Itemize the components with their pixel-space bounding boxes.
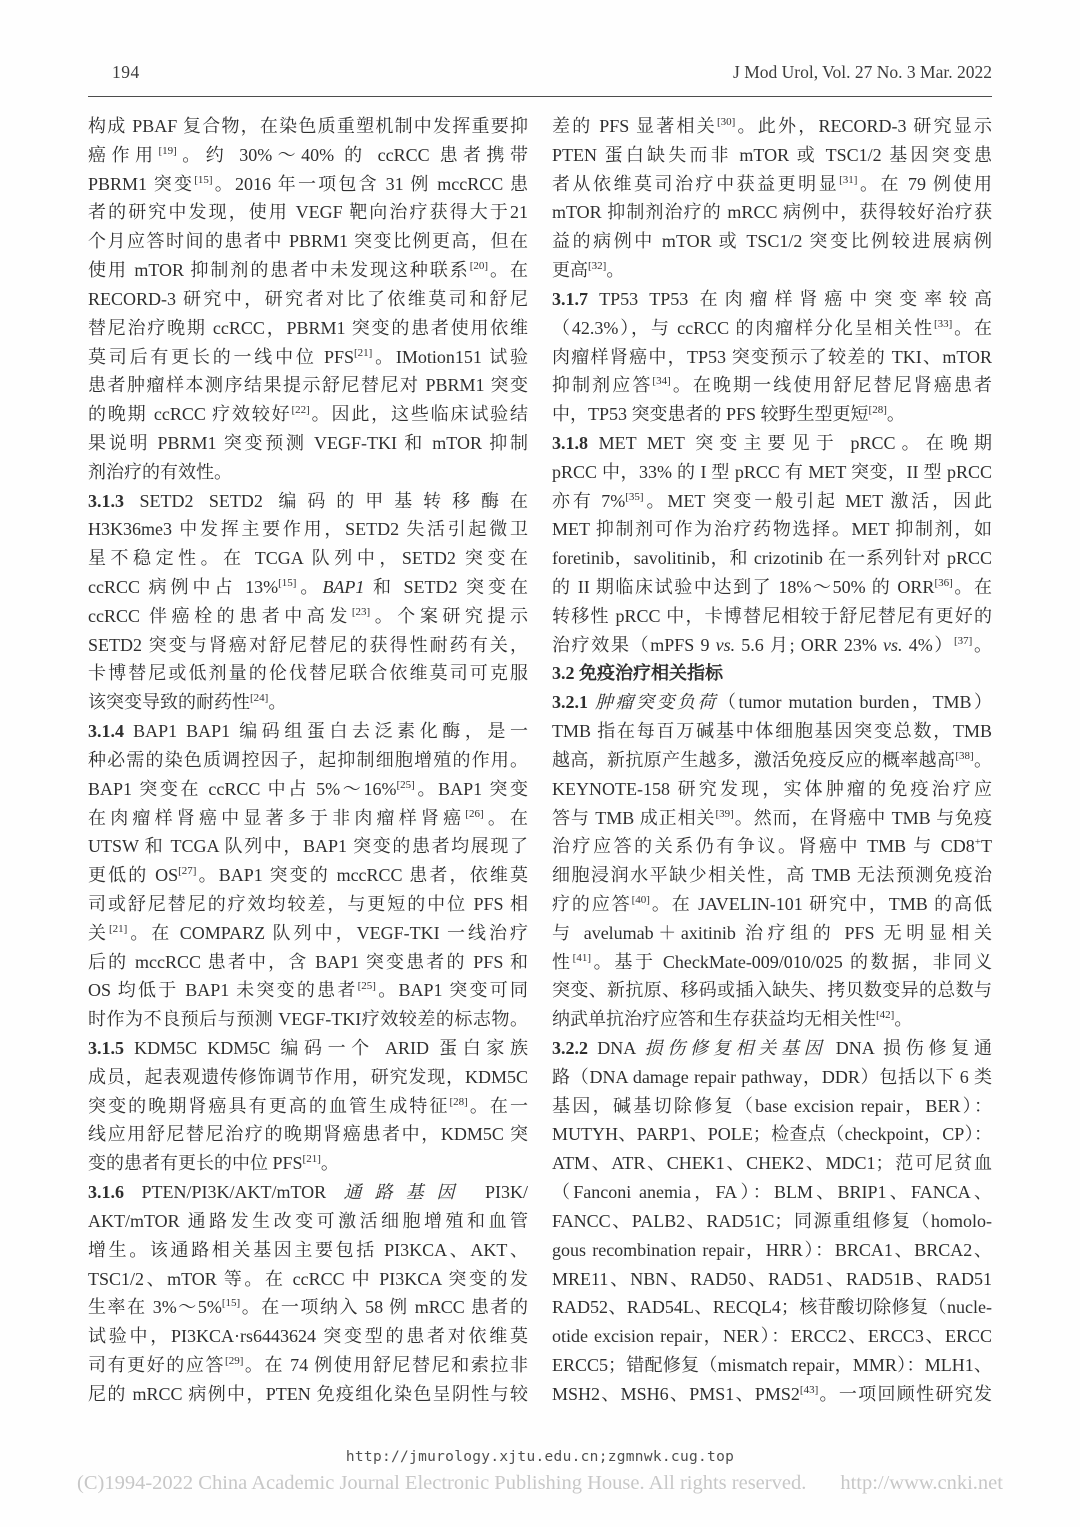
text-line: 转移性 pRCC 中，卡博替尼相较于舒尼替尼有更好的 bbox=[552, 602, 992, 631]
citation-ref: [32] bbox=[588, 260, 606, 272]
cnki-url: http://www.cnki.net bbox=[840, 1472, 1003, 1495]
text-line: 增生。该通路相关基因主要包括 PI3KCA、AKT、 bbox=[88, 1236, 528, 1265]
text-line: 该突变导致的耐药性[24]。 bbox=[88, 688, 528, 717]
text-line: 替尼治疗晚期 ccRCC，PBRM1 突变的患者使用依维 bbox=[88, 314, 528, 343]
text-line: 亦有 7%[35]。MET 突变一般引起 MET 激活，因此 bbox=[552, 487, 992, 516]
text-line: mTOR 抑制剂治疗的 mRCC 病例中，获得较好治疗获 bbox=[552, 198, 992, 227]
journal-scan-page: 194 J Mod Urol, Vol. 27 No. 3 Mar. 2022 … bbox=[0, 0, 1080, 1527]
text-line: 3.1.7 TP53 TP53 在肉瘤样肾癌中突变率较高 bbox=[552, 285, 992, 314]
text-line: KEYNOTE-158 研究发现，实体肿瘤的免疫治疗应 bbox=[552, 775, 992, 804]
citation-ref: + bbox=[975, 836, 981, 848]
bold-text: 3.2.1 bbox=[552, 692, 588, 712]
text-line: 路（DNA damage repair pathway，DDR）包括以下 6 类 bbox=[552, 1063, 992, 1092]
text-line: （Fanconi anemia，FA）：BLM、BRIP1、FANCA、 bbox=[552, 1178, 992, 1207]
citation-ref: [31] bbox=[839, 174, 857, 186]
text-line: 剂治疗的有效性。 bbox=[88, 458, 528, 487]
citation-ref: [21] bbox=[303, 1153, 321, 1165]
journal-url: http://jmurology.xjtu.edu.cn;zgmnwk.cug.… bbox=[0, 1449, 1080, 1465]
text-line: TSC1/2、mTOR 等。在 ccRCC 中 PI3KCA 突变的发 bbox=[88, 1265, 528, 1294]
page-number: 194 bbox=[88, 62, 140, 83]
text-line: 果说明 PBRM1 突变预测 VEGF-TKI 和 mTOR 抑制 bbox=[88, 429, 528, 458]
citation-ref: [20] bbox=[470, 260, 488, 272]
kai-heading-text: 通路基因 bbox=[344, 1182, 468, 1202]
text-line: pRCC 中，33% 的 I 型 pRCC 有 MET 突变，II 型 pRCC bbox=[552, 458, 992, 487]
bold-text: 3.2.2 bbox=[552, 1038, 588, 1058]
text-line: foretinib，savolitinib，和 crizotinib 在一系列针… bbox=[552, 544, 992, 573]
citation-ref: [39] bbox=[716, 808, 734, 820]
italic-text: vs. bbox=[716, 635, 736, 655]
text-line: 在肉瘤样肾癌中显著多于非肉瘤样肾癌[26]。在 bbox=[88, 804, 528, 833]
text-line: 3.2.2 DNA 损伤修复相关基因 DNA 损伤修复通 bbox=[552, 1034, 992, 1063]
citation-ref: [19] bbox=[158, 145, 176, 157]
citation-ref: [28] bbox=[869, 404, 887, 416]
text-line: RECORD-3 研究中，研究者对比了依维莫司和舒尼 bbox=[88, 285, 528, 314]
bold-text: 3.1.3 bbox=[88, 491, 124, 511]
citation-ref: [29] bbox=[225, 1355, 243, 1367]
text-line: 癌作用[19]。约 30%～40% 的 ccRCC 患者携带 bbox=[88, 141, 528, 170]
text-line: 时作为不良预后与预测 VEGF-TKI疗效较差的标志物。 bbox=[88, 1005, 528, 1034]
text-line: 3.1.3 SETD2 SETD2 编码的甲基转移酶在 bbox=[88, 487, 528, 516]
text-line: 莫司后有更长的一线中位 PFS[21]。IMotion151 试验 bbox=[88, 343, 528, 372]
text-line: 的晚期 ccRCC 疗效较好[22]。因此，这些临床试验结 bbox=[88, 400, 528, 429]
text-line: MUTYH、PARP1、POLE；检查点（checkpoint，CP）： bbox=[552, 1120, 992, 1149]
text-line: 生率在 3%～5%[15]。在一项纳入 58 例 mRCC 患者的 bbox=[88, 1293, 528, 1322]
citation-ref: [36] bbox=[934, 577, 952, 589]
text-line: 试验中，PI3KCA·rs6443624 突变型的患者对依维莫 bbox=[88, 1322, 528, 1351]
text-line: 性[41]。基于 CheckMate-009/010/025 的数据，非同义 bbox=[552, 948, 992, 977]
text-line: RAD52、RAD54L、RECQL4；核苷酸切除修复（nucle- bbox=[552, 1293, 992, 1322]
text-line: 中，TP53 突变患者的 PFS 较野生型更短[28]。 bbox=[552, 400, 992, 429]
header-rule bbox=[88, 96, 992, 97]
kai-heading-text: 损伤修复相关基因 bbox=[645, 1038, 827, 1058]
text-line: 3.1.4 BAP1 BAP1 编码组蛋白去泛素化酶，是一 bbox=[88, 717, 528, 746]
text-line: 疗的应答[40]。在 JAVELIN-101 研究中，TMB 的高低 bbox=[552, 890, 992, 919]
citation-ref: [22] bbox=[292, 404, 310, 416]
text-line: 变的患者有更长的中位 PFS[21]。 bbox=[88, 1149, 528, 1178]
text-line: 者的研究中发现，使用 VEGF 靶向治疗获得大于21 bbox=[88, 198, 528, 227]
journal-citation: J Mod Urol, Vol. 27 No. 3 Mar. 2022 bbox=[733, 62, 992, 83]
text-line: 卡博替尼或低剂量的伦伐替尼联合依维莫司可克服 bbox=[88, 659, 528, 688]
text-line: H3K36me3 中发挥主要作用，SETD2 失活引起微卫 bbox=[88, 515, 528, 544]
text-line: 突变的晚期肾癌具有更高的血管生成特征[28]。在一 bbox=[88, 1092, 528, 1121]
text-line: 患者肿瘤样本测序结果提示舒尼替尼对 PBRM1 突变 bbox=[88, 371, 528, 400]
citation-ref: [15] bbox=[222, 1297, 240, 1309]
text-line: 3.1.8 MET MET 突变主要见于 pRCC。在晚期 bbox=[552, 429, 992, 458]
bold-text: 3.1.5 bbox=[88, 1038, 124, 1058]
text-line: SETD2 突变与肾癌对舒尼替尼的获得性耐药有关， bbox=[88, 631, 528, 660]
text-line: 基因，碱基切除修复（base excision repair，BER）： bbox=[552, 1092, 992, 1121]
citation-ref: [24] bbox=[250, 692, 268, 704]
text-line: 3.1.5 KDM5C KDM5C 编码一个 ARID 蛋白家族 bbox=[88, 1034, 528, 1063]
text-line: ccRCC 伴癌栓的患者中高发[23]。个案研究提示 bbox=[88, 602, 528, 631]
text-line: MRE11、NBN、RAD50、RAD51、RAD51B、RAD51D、 bbox=[552, 1265, 992, 1294]
citation-ref: [15] bbox=[278, 577, 296, 589]
citation-ref: [21] bbox=[109, 923, 127, 935]
citation-ref: [28] bbox=[449, 1096, 467, 1108]
text-line: AKT/mTOR 通路发生改变可激活细胞增殖和血管 bbox=[88, 1207, 528, 1236]
text-line: 细胞浸润水平缺少相关性，高 TMB 无法预测免疫治 bbox=[552, 861, 992, 890]
text-line: TMB 指在每百万碱基中体细胞基因突变总数，TMB bbox=[552, 717, 992, 746]
text-line: 者从依维莫司治疗中获益更明显[31]。在 79 例使用 bbox=[552, 170, 992, 199]
text-line: 突变、新抗原、移码或插入缺失、拷贝数变异的总数与 bbox=[552, 976, 992, 1005]
italic-text: BAP1 bbox=[322, 577, 364, 597]
text-line: 使用 mTOR 抑制剂的患者中未发现这种联系[20]。在 bbox=[88, 256, 528, 285]
italic-text: vs. bbox=[883, 635, 903, 655]
text-line: 纳武单抗治疗应答和生存获益均无相关性[42]。 bbox=[552, 1005, 992, 1034]
citation-ref: [41] bbox=[573, 952, 591, 964]
text-line: PTEN 蛋白缺失而非 mTOR 或 TSC1/2 基因突变患 bbox=[552, 141, 992, 170]
text-line: 构成 PBAF 复合物，在染色质重塑机制中发挥重要抑 bbox=[88, 112, 528, 141]
text-line: PBRM1 突变[15]。2016 年一项包含 31 例 mccRCC 患 bbox=[88, 170, 528, 199]
citation-ref: [25] bbox=[396, 779, 414, 791]
kai-heading-text: 肿瘤突变负荷 bbox=[595, 692, 718, 712]
text-line: 答与 TMB 成正相关[39]。然而，在肾癌中 TMB 与免疫 bbox=[552, 804, 992, 833]
page-header: 194 J Mod Urol, Vol. 27 No. 3 Mar. 2022 bbox=[88, 62, 992, 83]
bold-text: 3.1.7 bbox=[552, 289, 588, 309]
text-line: 抑制剂应答[34]。在晚期一线使用舒尼替尼肾癌患者 bbox=[552, 371, 992, 400]
text-line: ATM、ATR、CHEK1、CHEK2、MDC1；范可尼贫血 bbox=[552, 1149, 992, 1178]
text-line: 个月应答时间的患者中 PBRM1 突变比例更高，但在 bbox=[88, 227, 528, 256]
text-line: UTSW 和 TCGA 队列中，BAP1 突变的患者均展现了 bbox=[88, 832, 528, 861]
citation-ref: [40] bbox=[632, 894, 650, 906]
citation-ref: [25] bbox=[358, 980, 376, 992]
text-line: 治疗效果（mPFS 9 vs. 5.6 月; ORR 23% vs. 4%）[3… bbox=[552, 631, 992, 660]
text-line: 关[21]。在 COMPARZ 队列中，VEGF-TKI 一线治疗 bbox=[88, 919, 528, 948]
text-line: （42.3%），与 ccRCC 的肉瘤样分化呈相关性[33]。在 bbox=[552, 314, 992, 343]
text-line: 尼的 mRCC 病例中，PTEN 免疫组化染色呈阴性与较 bbox=[88, 1380, 528, 1409]
text-line: BAP1 突变在 ccRCC 中占 5%～16%[25]。BAP1 突变 bbox=[88, 775, 528, 804]
text-line: 司有更好的应答[29]。在 74 例使用舒尼替尼和索拉非 bbox=[88, 1351, 528, 1380]
text-line: 更低的 OS[27]。BAP1 突变的 mccRCC 患者，依维莫 bbox=[88, 861, 528, 890]
text-line: ccRCC 病例中占 13%[15]。BAP1 和 SETD2 突变在 bbox=[88, 573, 528, 602]
text-line: 差的 PFS 显著相关[30]。此外，RECORD-3 研究显示 bbox=[552, 112, 992, 141]
text-line: 肉瘤样肾癌中，TP53 突变预示了较差的 TKI、mTOR bbox=[552, 343, 992, 372]
text-line: FANCC、PALB2、RAD51C；同源重组修复（homolo- bbox=[552, 1207, 992, 1236]
right-column: 差的 PFS 显著相关[30]。此外，RECORD-3 研究显示PTEN 蛋白缺… bbox=[552, 112, 992, 1409]
bold-text: 3.2 免疫治疗相关指标 bbox=[552, 663, 723, 683]
citation-ref: [15] bbox=[194, 174, 212, 186]
text-line: 司或舒尼替尼的疗效均较差，与更短的中位 PFS 相 bbox=[88, 890, 528, 919]
text-line: 与 avelumab＋axitinib 治疗组的 PFS 无明显相关 bbox=[552, 919, 992, 948]
text-line: ERCC5；错配修复（mismatch repair，MMR）：MLH1、 bbox=[552, 1351, 992, 1380]
text-line: 3.2.1 肿瘤突变负荷（tumor mutation burden，TMB） bbox=[552, 688, 992, 717]
citation-ref: [21] bbox=[354, 347, 372, 359]
text-line: 治疗应答的关系仍有争议。肾癌中 TMB 与 CD8+T bbox=[552, 832, 992, 861]
bold-text: 3.1.6 bbox=[88, 1182, 124, 1202]
citation-ref: [35] bbox=[625, 491, 643, 503]
left-column: 构成 PBAF 复合物，在染色质重塑机制中发挥重要抑癌作用[19]。约 30%～… bbox=[88, 112, 528, 1409]
citation-ref: [37] bbox=[954, 635, 972, 647]
citation-ref: [33] bbox=[934, 318, 952, 330]
citation-ref: [34] bbox=[652, 375, 670, 387]
text-line: otide excision repair，NER）：ERCC2、ERCC3、E… bbox=[552, 1322, 992, 1351]
citation-ref: [38] bbox=[955, 750, 973, 762]
citation-ref: [23] bbox=[352, 606, 370, 618]
bold-text: 3.1.8 bbox=[552, 433, 588, 453]
text-line: 3.1.6 PTEN/PI3K/AKT/mTOR 通路基因 PI3K/ bbox=[88, 1178, 528, 1207]
bold-text: 3.1.4 bbox=[88, 721, 124, 741]
text-line: 线应用舒尼替尼治疗的晚期肾癌患者中，KDM5C 突 bbox=[88, 1120, 528, 1149]
citation-ref: [26] bbox=[465, 808, 483, 820]
text-line: MET 抑制剂可作为治疗药物选择。MET 抑制剂，如 bbox=[552, 515, 992, 544]
text-line: 成员，起表观遗传修饰调节作用，研究发现，KDM5C bbox=[88, 1063, 528, 1092]
citation-ref: [30] bbox=[717, 116, 735, 128]
text-line: 的 II 期临床试验中达到了 18%～50% 的 ORR[36]。在 bbox=[552, 573, 992, 602]
citation-ref: [27] bbox=[178, 865, 196, 877]
copyright-text: (C)1994-2022 China Academic Journal Elec… bbox=[77, 1472, 806, 1495]
text-line: 后的 mccRCC 患者中，含 BAP1 突变患者的 PFS 和 bbox=[88, 948, 528, 977]
article-body: 构成 PBAF 复合物，在染色质重塑机制中发挥重要抑癌作用[19]。约 30%～… bbox=[88, 112, 992, 1409]
text-line: MSH2、MSH6、PMS1、PMS2[43]。一项回顾性研究发 bbox=[552, 1380, 992, 1409]
copyright-line: (C)1994-2022 China Academic Journal Elec… bbox=[0, 1472, 1080, 1495]
citation-ref: [43] bbox=[800, 1384, 818, 1396]
text-line: 更高[32]。 bbox=[552, 256, 992, 285]
citation-ref: [42] bbox=[876, 1009, 894, 1021]
text-line: 3.2 免疫治疗相关指标 bbox=[552, 659, 992, 688]
text-line: 种必需的染色质调控因子，起抑制细胞增殖的作用。 bbox=[88, 746, 528, 775]
text-line: 星不稳定性。在 TCGA 队列中，SETD2 突变在 bbox=[88, 544, 528, 573]
text-line: gous recombination repair，HRR）：BRCA1、BRC… bbox=[552, 1236, 992, 1265]
text-line: OS 均低于 BAP1 未突变的患者[25]。BAP1 突变可同 bbox=[88, 976, 528, 1005]
text-line: 越高，新抗原产生越多，激活免疫反应的概率越高[38]。 bbox=[552, 746, 992, 775]
text-line: 益的病例中 mTOR 或 TSC1/2 突变比例较进展病例 bbox=[552, 227, 992, 256]
